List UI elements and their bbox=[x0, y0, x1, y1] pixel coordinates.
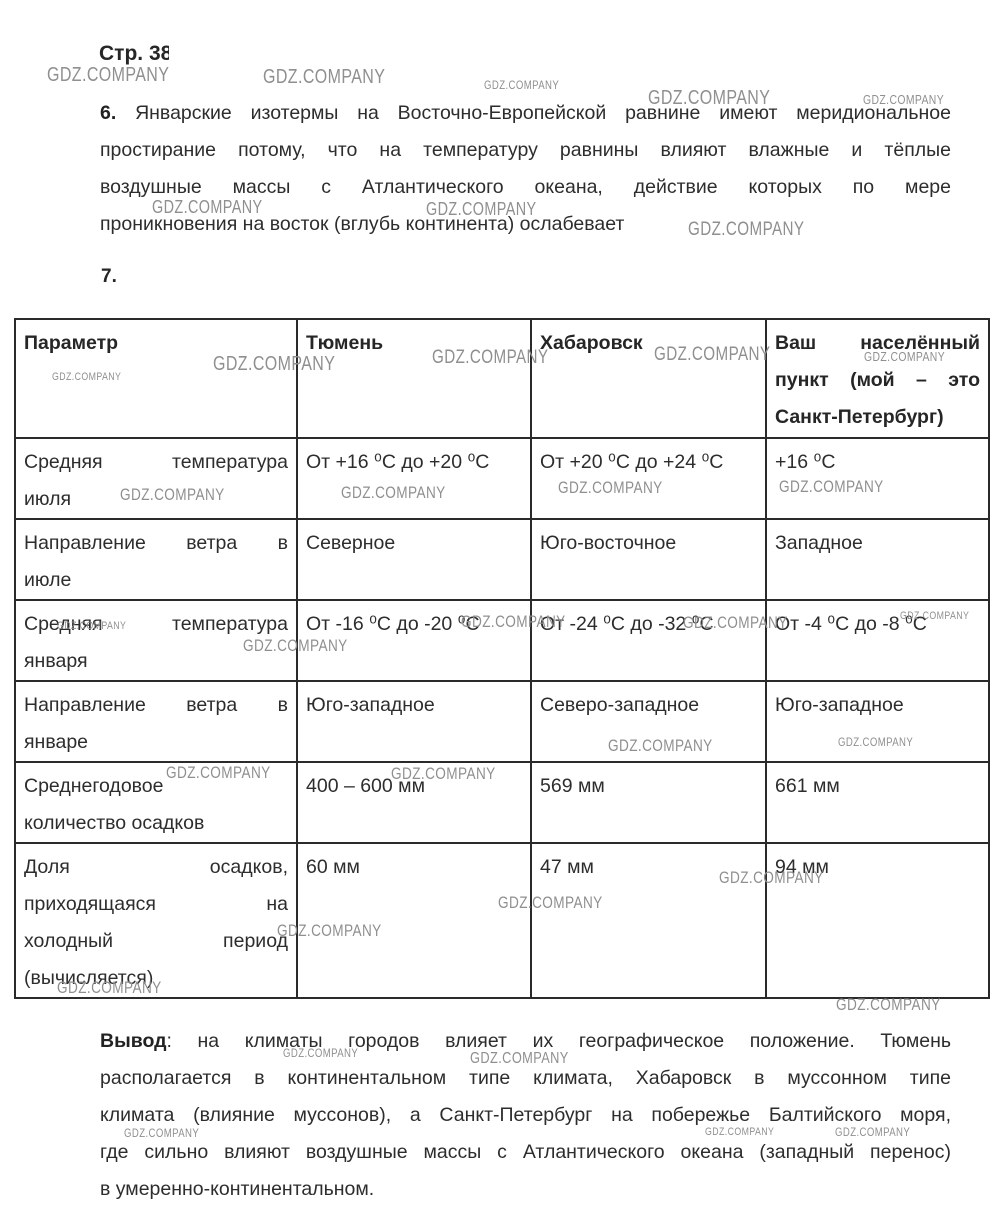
paragraph-line: проникновения на восток (вглубь континен… bbox=[100, 206, 951, 243]
table-row-cold-period-precipitation: Доля осадков,приходящаяся нахолодный пер… bbox=[15, 843, 989, 998]
value-cell: 47 мм bbox=[531, 843, 766, 998]
cell-line: Ваш населённый bbox=[775, 325, 980, 362]
cell-line: Средняя температура bbox=[24, 606, 288, 643]
value-cell: 94 мм bbox=[766, 843, 989, 998]
cell-line: Средняя температура bbox=[24, 444, 288, 481]
page-number-heading: Стр. 38 bbox=[99, 42, 169, 66]
value-cell: От -16 ⁰С до -20 ⁰С bbox=[297, 600, 531, 681]
value-cell: Северное bbox=[297, 519, 531, 600]
cell-line: приходящаяся на bbox=[24, 886, 288, 923]
table-row-annual-precipitation: Среднегодовоеколичество осадков 400 – 60… bbox=[15, 762, 989, 843]
value-cell: От -4 ⁰С до -8 ⁰С bbox=[766, 600, 989, 681]
cell-line: пункт (мой – это bbox=[775, 362, 980, 399]
value-cell: Северо-западное bbox=[531, 681, 766, 762]
cell-line: Направление ветра в bbox=[24, 525, 288, 562]
cell-line: количество осадков bbox=[24, 805, 288, 842]
value-cell: 400 – 600 мм bbox=[297, 762, 531, 843]
conclusion-label: Вывод bbox=[100, 1030, 167, 1052]
table-header-row: Параметр Тюмень Хабаровск Ваш населённый… bbox=[15, 319, 989, 438]
value-cell: От +20 ⁰С до +24 ⁰С bbox=[531, 438, 766, 519]
param-cell: Доля осадков,приходящаяся нахолодный пер… bbox=[15, 843, 297, 998]
col-header-parameter: Параметр bbox=[15, 319, 297, 438]
paragraph-line: климата (влияние муссонов), а Санкт-Пете… bbox=[100, 1097, 951, 1134]
table-row-avg-july-temp: Средняя температураиюля От +16 ⁰С до +20… bbox=[15, 438, 989, 519]
gdz-company-watermark: GDZ.COMPANY bbox=[263, 66, 385, 89]
param-cell: Направление ветра виюле bbox=[15, 519, 297, 600]
paragraph-line: Вывод: на климаты городов влияет их геог… bbox=[100, 1023, 951, 1060]
cell-line: Доля осадков, bbox=[24, 849, 288, 886]
param-cell: Средняя температураянваря bbox=[15, 600, 297, 681]
value-cell: Юго-восточное bbox=[531, 519, 766, 600]
value-cell: От -24 ⁰С до -32 ⁰С bbox=[531, 600, 766, 681]
document-page: Стр. 38 6. Январские изотермы на Восточн… bbox=[0, 0, 1000, 1215]
cell-line: Направление ветра в bbox=[24, 687, 288, 724]
question-number: 6. bbox=[100, 102, 116, 124]
cell-line: холодный период bbox=[24, 923, 288, 960]
climate-comparison-table: Параметр Тюмень Хабаровск Ваш населённый… bbox=[14, 318, 990, 999]
value-cell: 60 мм bbox=[297, 843, 531, 998]
value-cell: Юго-западное bbox=[766, 681, 989, 762]
cell-line: Санкт-Петербург) bbox=[775, 399, 980, 436]
paragraph-line: располагается в континентальном типе кли… bbox=[100, 1060, 951, 1097]
value-cell: От +16 ⁰С до +20 ⁰С bbox=[297, 438, 531, 519]
paragraph-line: 6. Январские изотермы на Восточно-Европе… bbox=[100, 95, 951, 132]
col-header-khabarovsk: Хабаровск bbox=[531, 319, 766, 438]
paragraph-line: в умеренно-континентальном. bbox=[100, 1171, 951, 1208]
paragraph-line: простирание потому, что на температуру р… bbox=[100, 132, 951, 169]
cell-line: июле bbox=[24, 562, 288, 599]
cell-line: Среднегодовое bbox=[24, 768, 288, 805]
table-row-avg-january-temp: Средняя температураянваря От -16 ⁰С до -… bbox=[15, 600, 989, 681]
col-header-tyumen: Тюмень bbox=[297, 319, 531, 438]
col-header-your-city: Ваш населённыйпункт (мой – этоСанкт-Пете… bbox=[766, 319, 989, 438]
value-cell: +16 ⁰С bbox=[766, 438, 989, 519]
question-7-number: 7. bbox=[101, 266, 117, 288]
value-cell: 569 мм bbox=[531, 762, 766, 843]
cell-line: января bbox=[24, 643, 288, 680]
cell-line: январе bbox=[24, 724, 288, 761]
paragraph-text: : на климаты городов влияет их географич… bbox=[167, 1030, 952, 1052]
cell-line: (вычисляется) bbox=[24, 960, 288, 997]
param-cell: Направление ветра вянваре bbox=[15, 681, 297, 762]
answer-6-paragraph: 6. Январские изотермы на Восточно-Европе… bbox=[100, 95, 951, 243]
paragraph-line: где сильно влияют воздушные массы с Атла… bbox=[100, 1134, 951, 1171]
paragraph-line: воздушные массы с Атлантического океана,… bbox=[100, 169, 951, 206]
value-cell: 661 мм bbox=[766, 762, 989, 843]
param-cell: Средняя температураиюля bbox=[15, 438, 297, 519]
paragraph-text: Январские изотермы на Восточно-Европейск… bbox=[135, 102, 951, 124]
table-row-july-wind: Направление ветра виюле Северное Юго-вос… bbox=[15, 519, 989, 600]
conclusion-paragraph: Вывод: на климаты городов влияет их геог… bbox=[100, 1023, 951, 1208]
gdz-company-watermark: GDZ.COMPANY bbox=[484, 78, 559, 92]
cell-line: июля bbox=[24, 481, 288, 518]
table-row-january-wind: Направление ветра вянваре Юго-западное С… bbox=[15, 681, 989, 762]
value-cell: Юго-западное bbox=[297, 681, 531, 762]
gdz-company-watermark: GDZ.COMPANY bbox=[47, 64, 169, 87]
param-cell: Среднегодовоеколичество осадков bbox=[15, 762, 297, 843]
value-cell: Западное bbox=[766, 519, 989, 600]
